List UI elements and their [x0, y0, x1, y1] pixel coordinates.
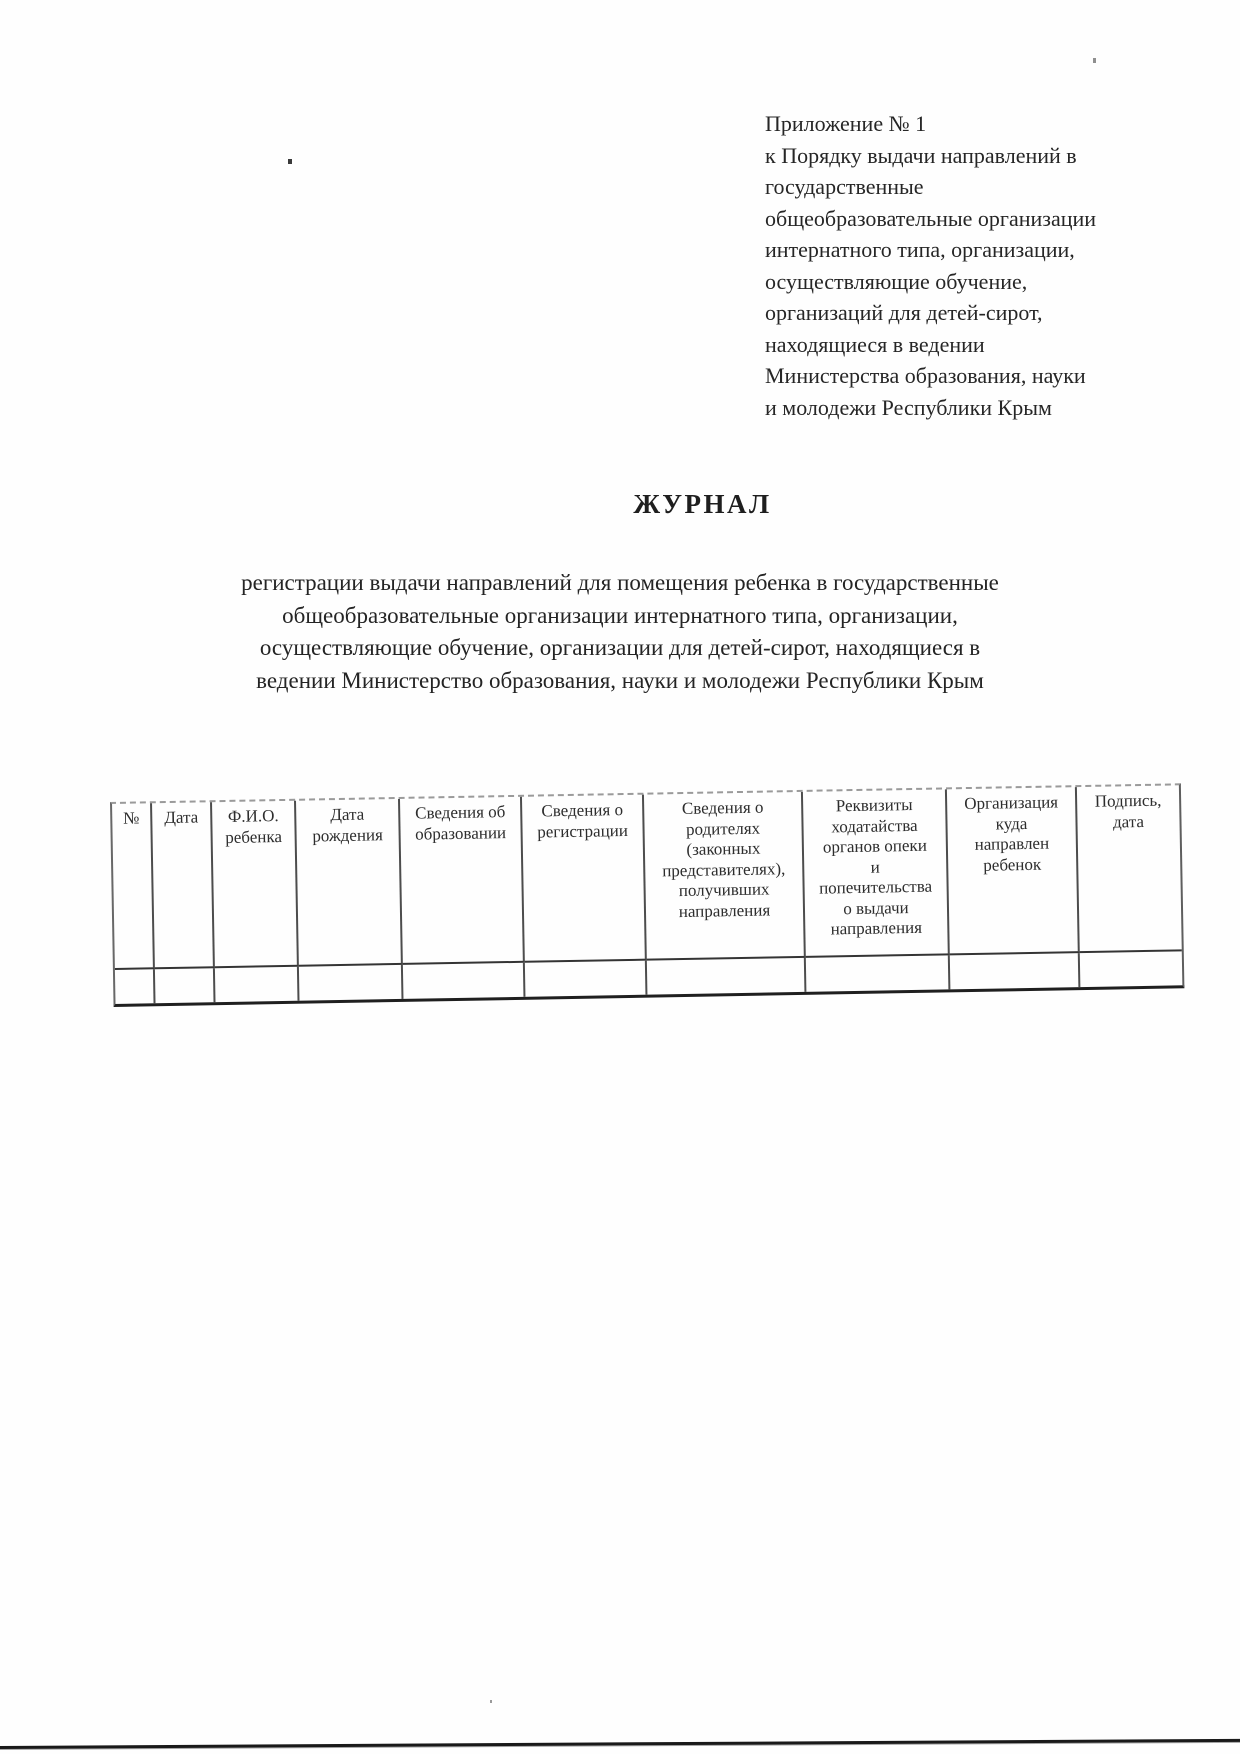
empty-cell [806, 955, 951, 992]
appendix-line: находящиеся в ведении [765, 329, 1160, 361]
appendix-line: государственные [765, 171, 1160, 203]
header-cell-parents-info: Сведения о родителях (законных представи… [644, 792, 806, 961]
header-cell-organization: Организация куда направлен ребенок [947, 787, 1080, 955]
header-cell-guardianship-details: Реквизиты ходатайства органов опеки и по… [803, 789, 950, 957]
empty-cell [403, 963, 526, 999]
subtitle-line: осуществляющие обучение, организации для… [150, 632, 1090, 665]
header-cell-birth-date: Дата рождения [296, 799, 403, 967]
header-cell-number: № [112, 803, 155, 970]
empty-cell [950, 953, 1081, 989]
empty-cell [1080, 951, 1183, 987]
header-cell-signature-date: Подпись, дата [1077, 785, 1182, 953]
header-cell-date: Дата [152, 802, 215, 969]
appendix-line: интернатного типа, организации, [765, 234, 1160, 266]
header-cell-child-name: Ф.И.О. ребенка [212, 801, 299, 968]
subtitle-line: ведении Министерство образования, науки … [150, 665, 1090, 698]
subtitle-line: регистрации выдачи направлений для помещ… [150, 567, 1090, 600]
subtitle-line: общеобразовательные организации интернат… [150, 600, 1090, 633]
registration-table-grid: № Дата Ф.И.О. ребенка Дата рождения Свед… [110, 783, 1184, 1007]
header-cell-registration-info: Сведения о регистрации [522, 795, 647, 963]
document-subtitle: регистрации выдачи направлений для помещ… [150, 567, 1090, 697]
empty-cell [647, 958, 807, 995]
empty-cell [525, 961, 648, 997]
scan-speck [288, 159, 292, 164]
appendix-line: Министерства образования, науки [765, 360, 1160, 392]
scanned-document-page: Приложение № 1 к Порядку выдачи направле… [0, 0, 1240, 1754]
appendix-line: осуществляющие обучение, [765, 266, 1160, 298]
empty-cell [299, 965, 404, 1001]
appendix-reference-block: Приложение № 1 к Порядку выдачи направле… [765, 108, 1160, 423]
appendix-line: общеобразовательные организации [765, 203, 1160, 235]
empty-cell [115, 969, 156, 1004]
scan-speck [1093, 58, 1096, 63]
page-scan-edge [0, 1739, 1240, 1749]
scan-speck [490, 1700, 492, 1703]
empty-cell [215, 967, 300, 1002]
appendix-line: и молодежи Республики Крым [765, 392, 1160, 424]
empty-cell [155, 968, 216, 1003]
document-title: ЖУРНАЛ [160, 489, 1240, 520]
appendix-line: Приложение № 1 [765, 108, 1160, 140]
appendix-line: к Порядку выдачи направлений в [765, 140, 1160, 172]
header-cell-education-info: Сведения об образовании [400, 797, 525, 965]
appendix-line: организаций для детей-сирот, [765, 297, 1160, 329]
registration-table: № Дата Ф.И.О. ребенка Дата рождения Свед… [110, 783, 1184, 1007]
